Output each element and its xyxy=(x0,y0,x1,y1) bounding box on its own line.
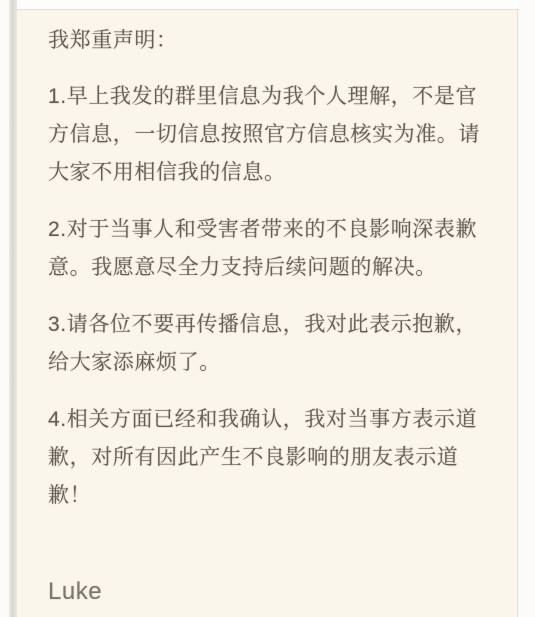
statement-line: 歉！ xyxy=(48,477,497,515)
statement-line: 3.请各位不要再传播信息，我对此表示抱歉， xyxy=(48,306,497,344)
page-left-edge-shadow xyxy=(9,0,17,617)
signature-luke: Luke xyxy=(48,577,497,607)
statement-line: 方信息，一切信息按照官方信息核实为准。请 xyxy=(48,116,497,154)
statement-paragraph-2: 2.对于当事人和受害者带来的不良影响深表歉 意。我愿意尽全力支持后续问题的解决。 xyxy=(48,211,497,287)
statement-line: 歉，对所有因此产生不良影响的朋友表示道 xyxy=(48,439,497,477)
page-left-margin xyxy=(0,0,9,617)
statement-opening: 我郑重声明： xyxy=(48,22,497,60)
page-top-edge xyxy=(0,0,535,10)
statement-paper: 我郑重声明： 1.早上我发的群里信息为我个人理解，不是官 方信息，一切信息按照官… xyxy=(17,10,518,617)
statement-line: 给大家添麻烦了。 xyxy=(48,344,497,382)
page-right-margin xyxy=(519,0,535,617)
statement-line: 意。我愿意尽全力支持后续问题的解决。 xyxy=(48,249,497,287)
statement-line: 2.对于当事人和受害者带来的不良影响深表歉 xyxy=(48,211,497,249)
statement-paragraph-1: 1.早上我发的群里信息为我个人理解，不是官 方信息，一切信息按照官方信息核实为准… xyxy=(48,78,497,192)
statement-line: 1.早上我发的群里信息为我个人理解，不是官 xyxy=(48,78,497,116)
statement-line: 4.相关方面已经和我确认，我对当事方表示道 xyxy=(48,401,497,439)
statement-paragraph-3: 3.请各位不要再传播信息，我对此表示抱歉， 给大家添麻烦了。 xyxy=(48,306,497,382)
statement-paragraph-4: 4.相关方面已经和我确认，我对当事方表示道 歉，对所有因此产生不良影响的朋友表示… xyxy=(48,401,497,515)
statement-line: 大家不用相信我的信息。 xyxy=(48,154,497,192)
